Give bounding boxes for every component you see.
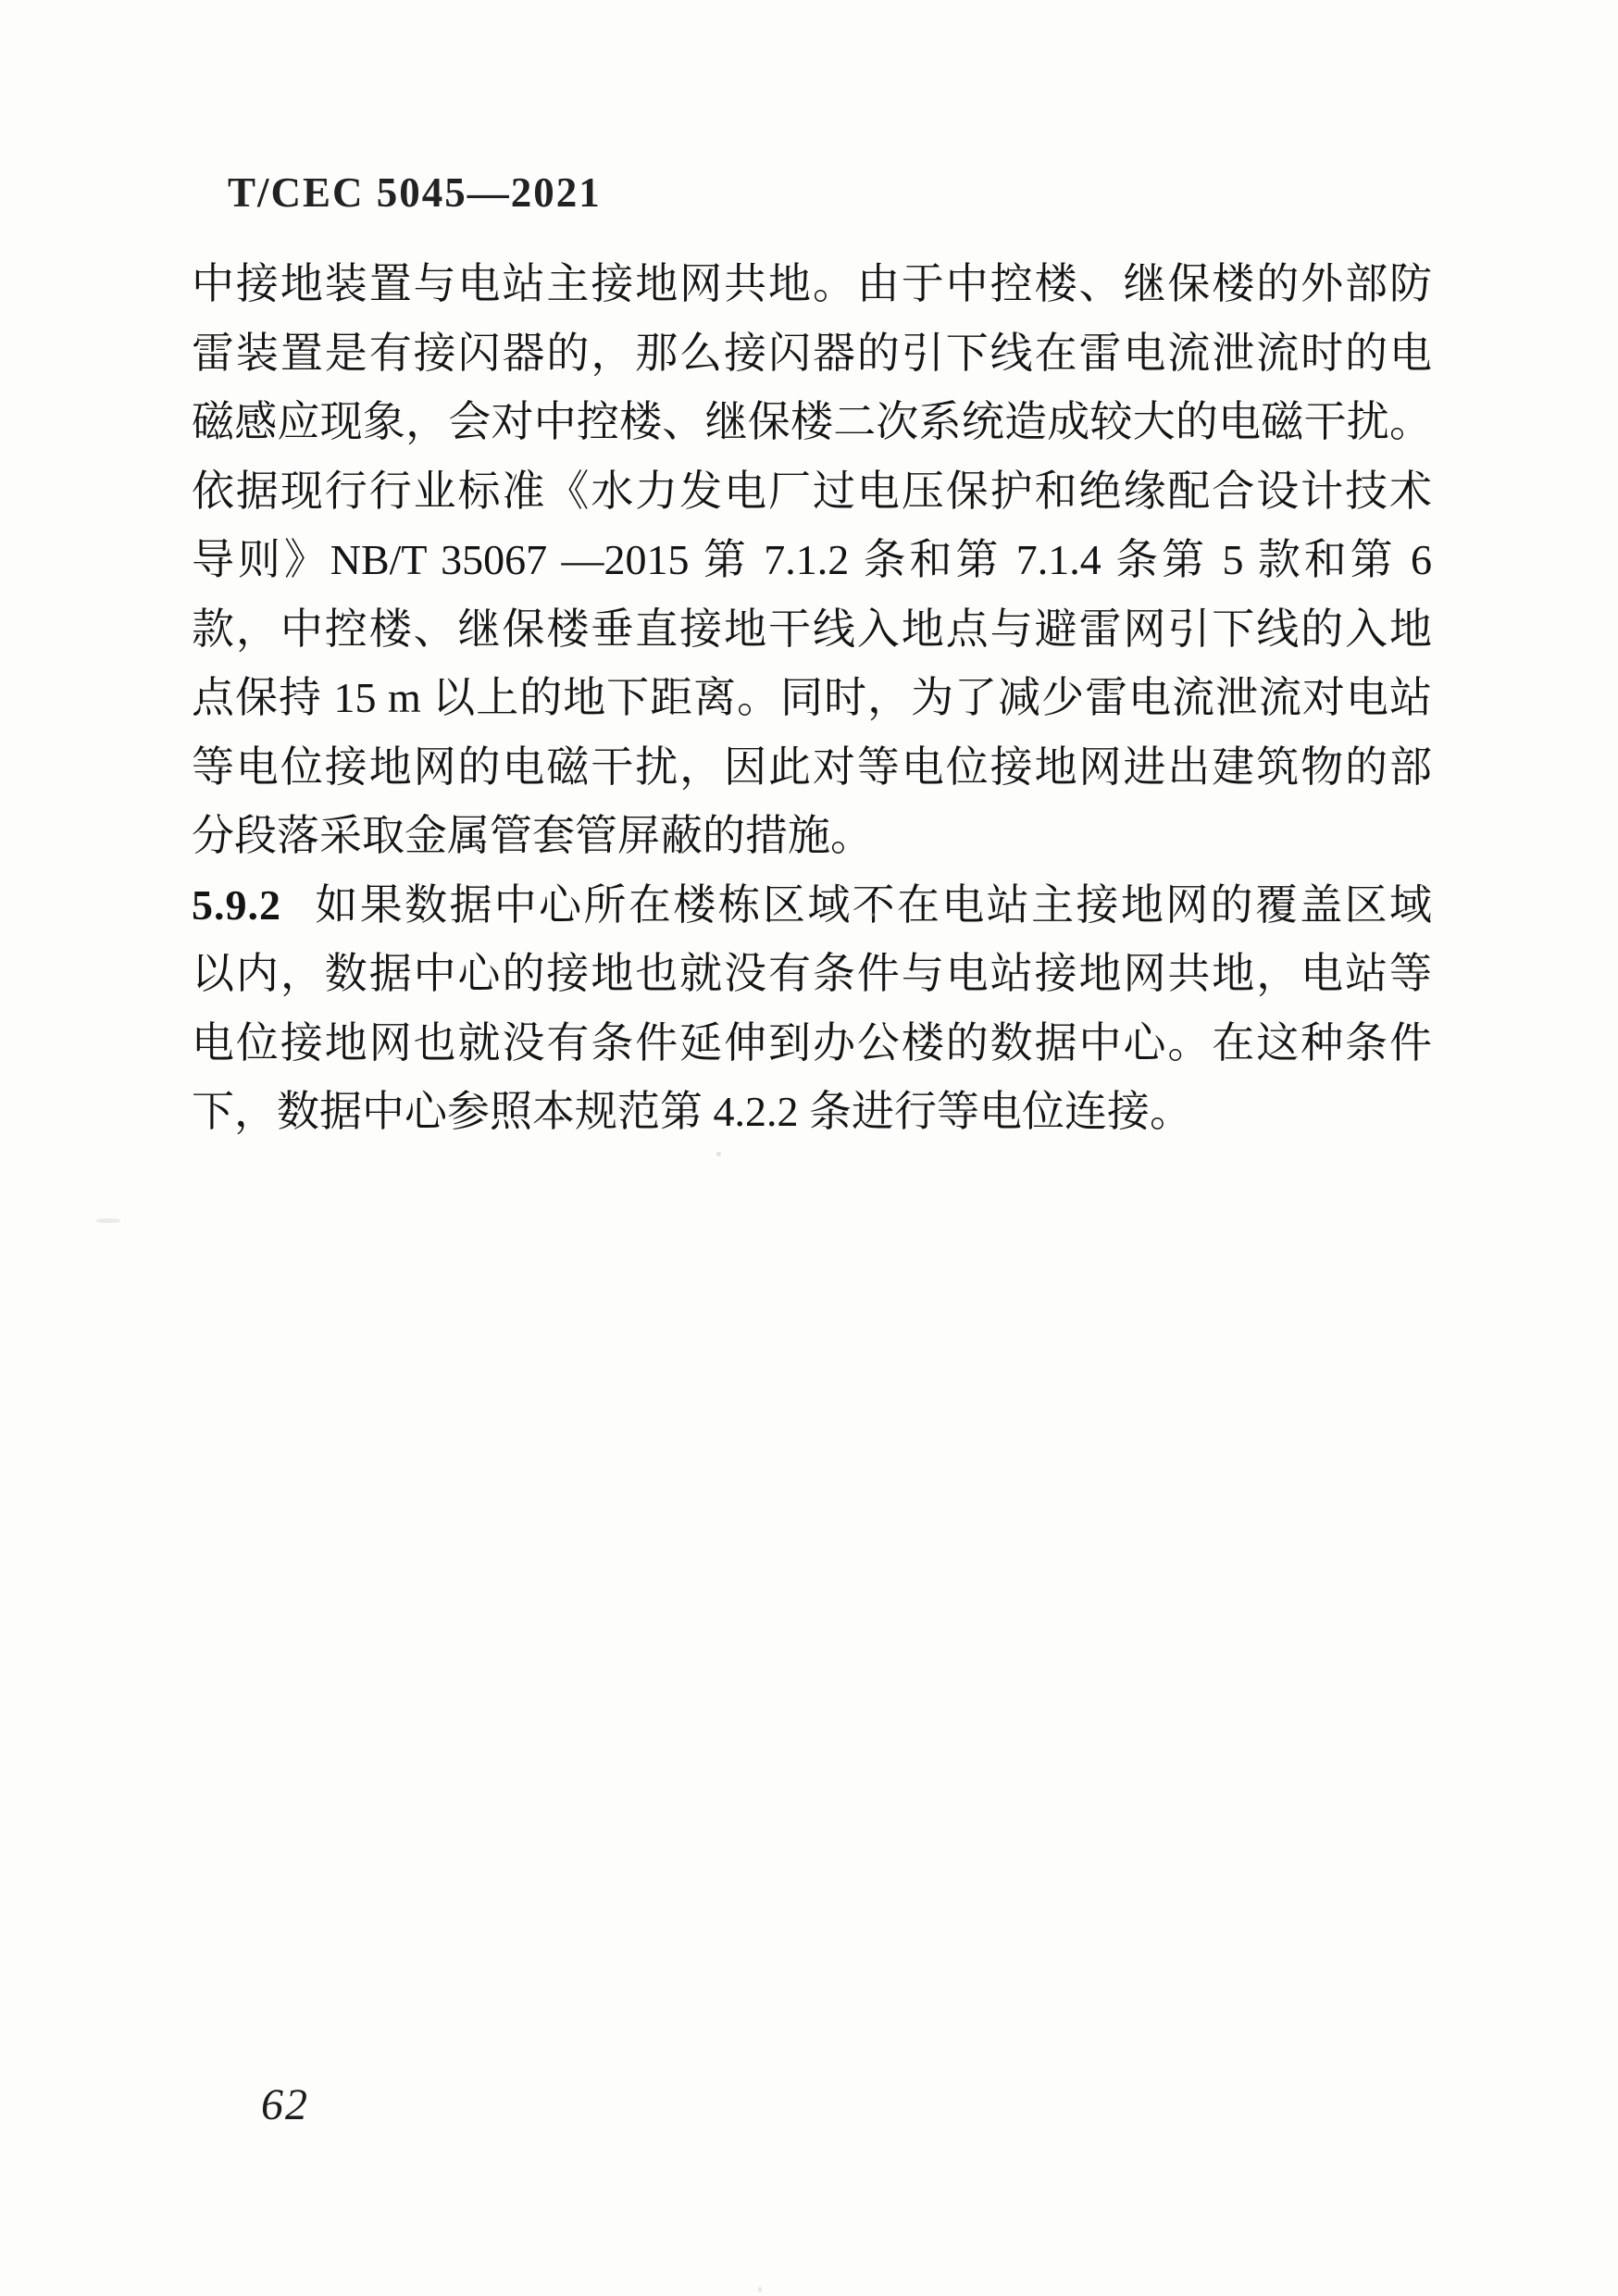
paragraph-line: 款，中控楼、继保楼垂直接地干线入地点与避雷网引下线的入地 [192, 595, 1432, 665]
page-number: 62 [261, 2079, 309, 2130]
scan-speck [871, 913, 875, 917]
scan-speck [96, 1218, 120, 1223]
scan-speck [716, 1152, 721, 1156]
scan-speck [1409, 266, 1413, 269]
paragraph-line: 导则》NB/T 35067 —2015 第 7.1.2 条和第 7.1.4 条第… [192, 526, 1432, 595]
clause-text: 如果数据中心所在楼栋区域不在电站主接地网的覆盖区域 [313, 881, 1432, 929]
paragraph-line: 等电位接地网的电磁干扰，因此对等电位接地网进出建筑物的部 [192, 733, 1432, 803]
paragraph-line: 电位接地网也就没有条件延伸到办公楼的数据中心。在这种条件 [192, 1009, 1432, 1079]
paragraph-last-line: 下，数据中心参照本规范第 4.2.2 条进行等电位连接。 [192, 1078, 1432, 1147]
paragraph-last-line: 分段落采取金属管套管屏蔽的措施。 [192, 802, 1432, 871]
paragraph-line: 点保持 15 m 以上的地下距离。同时，为了减少雷电流泄流对电站 [192, 664, 1432, 733]
document-page: T/CEC 5045—2021 中接地装置与电站主接地网共地。由于中控楼、继保楼… [0, 0, 1618, 2296]
paragraph-line: 磁感应现象，会对中控楼、继保楼二次系统造成较大的电磁干扰。 [192, 388, 1432, 457]
paragraph-line: 以内，数据中心的接地也就没有条件与电站接地网共地，电站等 [192, 940, 1432, 1009]
standard-code-header: T/CEC 5045—2021 [228, 168, 602, 217]
scan-speck [758, 2287, 762, 2292]
paragraph-line: 中接地装置与电站主接地网共地。由于中控楼、继保楼的外部防 [192, 250, 1432, 319]
clause-first-line: 5.9.2如果数据中心所在楼栋区域不在电站主接地网的覆盖区域 [192, 871, 1432, 941]
paragraph-line: 依据现行行业标准《水力发电厂过电压保护和绝缘配合设计技术 [192, 457, 1432, 527]
clause-number: 5.9.2 [192, 881, 281, 929]
body-text: 中接地装置与电站主接地网共地。由于中控楼、继保楼的外部防 雷装置是有接闪器的，那… [192, 250, 1432, 1147]
paragraph-line: 雷装置是有接闪器的，那么接闪器的引下线在雷电流泄流时的电 [192, 319, 1432, 389]
